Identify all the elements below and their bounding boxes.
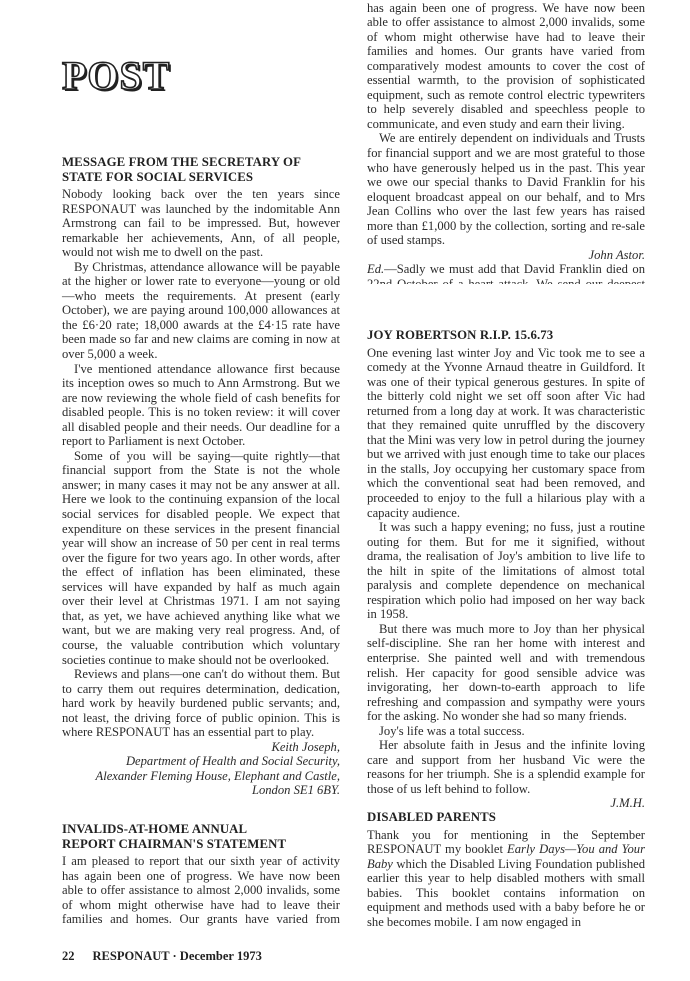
- article-joy-robertson: JOY ROBERTSON R.I.P. 15.6.73 One evening…: [367, 328, 645, 811]
- paragraph: Nobody looking back over the ten years s…: [62, 187, 340, 260]
- article-heading: JOY ROBERTSON R.I.P. 15.6.73: [367, 328, 645, 343]
- paragraph-continued: I am pleased to report that our sixth ye…: [367, 0, 645, 131]
- paragraph: Joy's life was a total success.: [367, 724, 645, 739]
- signature-address-line: Alexander Fleming House, Elephant and Ca…: [62, 769, 340, 784]
- editor-note-text: —Sadly we must add that David Franklin d…: [367, 262, 645, 284]
- paragraph: We are entirely dependent on individuals…: [367, 131, 645, 247]
- article-heading: INVALIDS-AT-HOME ANNUAL REPORT CHAIRMAN'…: [62, 822, 302, 851]
- paragraph: Her absolute faith in Jesus and the infi…: [367, 738, 645, 796]
- paragraph-text: which the Disabled Living Foundation pub…: [367, 857, 645, 929]
- signature-name: Keith Joseph,: [62, 740, 340, 755]
- signature-address-line: London SE1 6BY.: [62, 783, 340, 798]
- article-invalids-continued: I am pleased to report that our sixth ye…: [367, 0, 645, 284]
- signature-address-line: Department of Health and Social Security…: [62, 754, 340, 769]
- page-number: 22: [62, 949, 75, 963]
- paragraph: I am pleased to report that our sixth ye…: [62, 854, 340, 927]
- paragraph: But there was much more to Joy than her …: [367, 622, 645, 724]
- paragraph: Some of you will be saying—quite rightly…: [62, 449, 340, 667]
- paragraph: One evening last winter Joy and Vic took…: [367, 346, 645, 521]
- paragraph: Reviews and plans—one can't do without t…: [62, 667, 340, 740]
- article-heading: DISABLED PARENTS: [367, 810, 645, 825]
- article-disabled-parents: DISABLED PARENTS Thank you for mentionin…: [367, 810, 645, 929]
- article-secretary-of-state: MESSAGE FROM THE SECRETARY OF STATE FOR …: [62, 155, 340, 798]
- signature-name: John Astor.: [367, 248, 645, 263]
- publication-line: RESPONAUT · December 1973: [93, 949, 262, 963]
- signature-name: J.M.H.: [367, 796, 645, 811]
- section-title: POST: [62, 56, 170, 96]
- editor-note-prefix: Ed.: [367, 262, 384, 276]
- paragraph: It was such a happy evening; no fuss, ju…: [367, 520, 645, 622]
- paragraph: I've mentioned attendance allowance firs…: [62, 362, 340, 449]
- article-heading: MESSAGE FROM THE SECRETARY OF STATE FOR …: [62, 155, 340, 184]
- page-footer: 22RESPONAUT · December 1973: [62, 949, 262, 964]
- article-invalids-at-home: INVALIDS-AT-HOME ANNUAL REPORT CHAIRMAN'…: [62, 822, 340, 927]
- paragraph: By Christmas, attendance allowance will …: [62, 260, 340, 362]
